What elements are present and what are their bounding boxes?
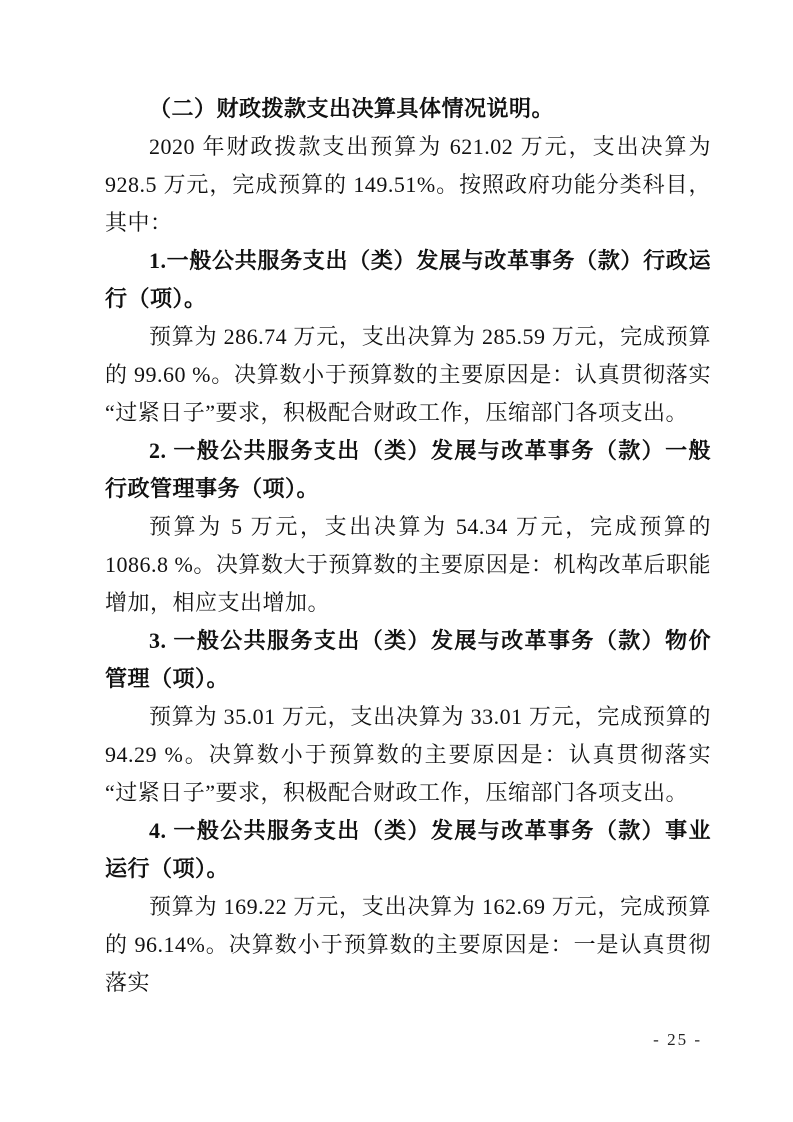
item-body-2: 预算为 5 万元，支出决算为 54.34 万元，完成预算的 1086.8 %。决… [105, 508, 711, 622]
page-number: - 25 - [653, 1030, 702, 1050]
item-body-1: 预算为 286.74 万元，支出决算为 285.59 万元，完成预算的 99.6… [105, 318, 711, 432]
document-page: （二）财政拨款支出决算具体情况说明。 2020 年财政拨款支出预算为 621.0… [0, 0, 793, 1122]
section-heading: （二）财政拨款支出决算具体情况说明。 [105, 90, 711, 128]
item-heading-1: 1.一般公共服务支出（类）发展与改革事务（款）行政运行（项）。 [105, 242, 711, 318]
item-body-4: 预算为 169.22 万元，支出决算为 162.69 万元，完成预算的 96.1… [105, 888, 711, 1002]
item-body-3: 预算为 35.01 万元，支出决算为 33.01 万元，完成预算的 94.29 … [105, 698, 711, 812]
document-body: （二）财政拨款支出决算具体情况说明。 2020 年财政拨款支出预算为 621.0… [105, 90, 711, 1002]
intro-paragraph: 2020 年财政拨款支出预算为 621.02 万元，支出决算为 928.5 万元… [105, 128, 711, 242]
item-heading-3: 3. 一般公共服务支出（类）发展与改革事务（款）物价管理（项）。 [105, 622, 711, 698]
item-heading-2: 2. 一般公共服务支出（类）发展与改革事务（款）一般行政管理事务（项）。 [105, 432, 711, 508]
item-heading-4: 4. 一般公共服务支出（类）发展与改革事务（款）事业运行（项）。 [105, 812, 711, 888]
